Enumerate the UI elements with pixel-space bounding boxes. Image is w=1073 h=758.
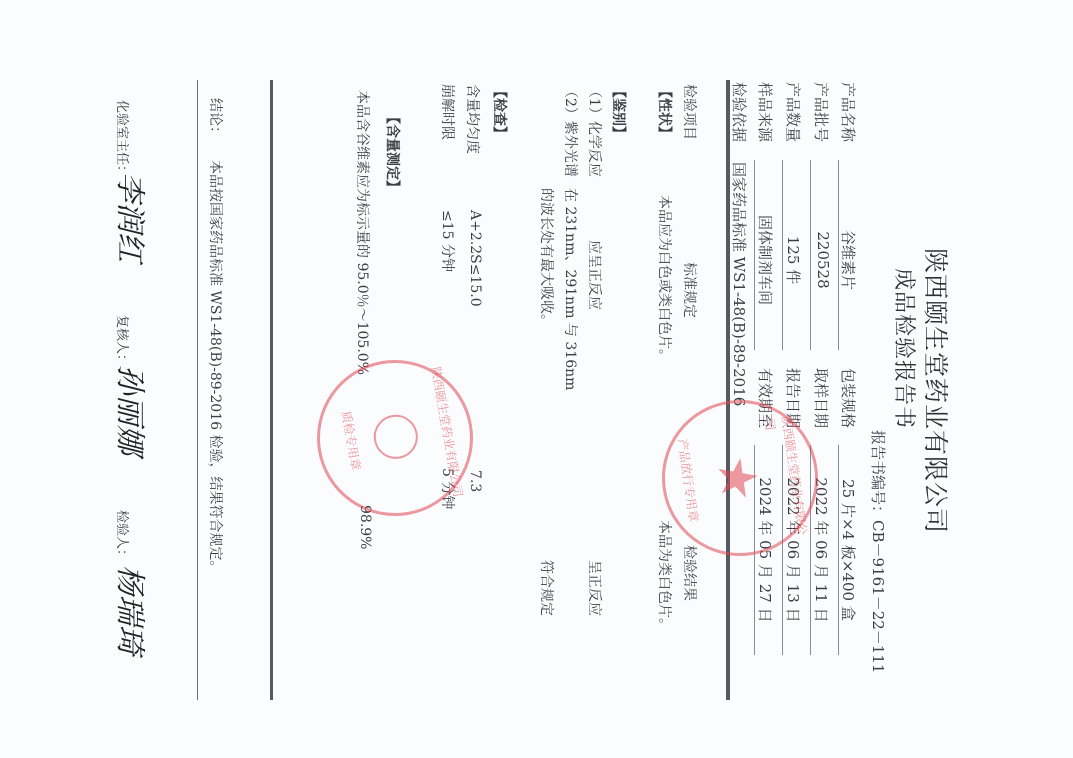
disintegration-standard: ≤15 分钟 [438, 210, 458, 272]
uv-result: 符合规定 [537, 560, 557, 616]
reviewer-signature: 孙丽娜 [111, 365, 155, 455]
section-assay: 【含量测定】 [383, 110, 403, 194]
company-name: 陕西颐生堂药业有限公司 [919, 248, 955, 534]
header-result: 检验结果 [680, 545, 700, 601]
star-icon: ★ [704, 451, 770, 506]
info-source-value: 固体制剂车间 [755, 175, 776, 345]
appearance-result: 本品为类白色片。 [655, 520, 675, 632]
inspector-signature: 杨瑞琦 [111, 565, 155, 655]
reviewer-label: 复核人： [114, 315, 133, 367]
qc-stamp-inner: 质检专用章 [338, 410, 365, 472]
report-title: 成品检验报告书 [890, 268, 921, 429]
appearance-standard: 本品应为白色或类白色片。 [655, 195, 675, 363]
info-source-label: 样品来源 [755, 82, 776, 142]
uniformity-standard: A+2.2S≤15.0 [467, 210, 483, 307]
disintegration-item: 崩解时限 [438, 84, 458, 140]
info-quantity-value: 125 件 [783, 175, 804, 345]
info-product-name-value: 谷维素片 [838, 175, 859, 345]
info-package-label: 包装规格 [838, 368, 859, 428]
report-number: 报告书编号：CB－9161－22－111 [868, 430, 889, 673]
director-signature: 李润红 [111, 172, 155, 262]
release-stamp-inner: 产品放行专用章 [674, 437, 703, 523]
emblem-icon [370, 411, 421, 462]
inspector-label: 检验人： [114, 510, 133, 562]
info-quantity-label: 产品数量 [783, 82, 804, 142]
info-label: 产品名称 [839, 82, 857, 142]
qc-stamp: 陕西颐生堂药业有限公司 质检专用章 [305, 348, 486, 529]
section-identification: 【鉴别】 [609, 84, 629, 140]
qc-stamp-outer: 陕西颐生堂药业有限公司 [427, 365, 467, 498]
conclusion-label: 结论： [206, 98, 226, 140]
release-stamp-outer: 陕西颐生堂药业有限公司 [761, 415, 813, 548]
info-batch-value: 220528 [814, 175, 832, 345]
chem-item: （1）化学反应 [585, 84, 605, 177]
report-number-value: CB－9161－22－111 [869, 520, 887, 673]
uniformity-item: 含量均匀度 [463, 84, 483, 154]
header-standard: 标准规定 [680, 262, 700, 318]
chem-result: 呈正反应 [585, 560, 605, 616]
report-number-label: 报告书编号： [869, 430, 887, 520]
info-basis-value: 国家药品标准 WS1-48(B)-89-2016 [729, 162, 750, 406]
info-basis-label: 检验依据 [729, 82, 750, 142]
uv-standard-2: 的波长处有最大吸收。 [537, 188, 557, 328]
divider [270, 80, 273, 700]
uv-standard: 在 231nm、291nm 与 316nm [561, 188, 581, 390]
info-sampling-date-label: 取样日期 [811, 368, 832, 428]
header-item: 检验项目 [680, 84, 700, 140]
inspection-report-page: 陕西颐生堂药业有限公司 成品检验报告书 报告书编号：CB－9161－22－111… [0, 0, 1073, 758]
uv-item: （2）紫外光谱 [561, 84, 581, 177]
info-batch-label: 产品批号 [811, 82, 832, 142]
chem-standard: 应呈正反应 [585, 240, 605, 310]
conclusion-text: 本品按国家药品标准 WS1-48(B)-89-2016 检验，结果符合规定。 [206, 160, 226, 574]
uniformity-result: 7.3 [467, 470, 483, 492]
divider [726, 80, 730, 700]
director-label: 化验室主任： [114, 100, 133, 178]
info-package-value: 25 片×4 板×400 盒 [838, 450, 859, 650]
info-product-name: 产品名称 [838, 82, 859, 142]
section-appearance: 【性状】 [655, 84, 675, 140]
section-tests: 【检查】 [490, 84, 510, 140]
assay-standard: 本品含谷维素应为标示量的 95.0％～105.0% [353, 90, 373, 375]
